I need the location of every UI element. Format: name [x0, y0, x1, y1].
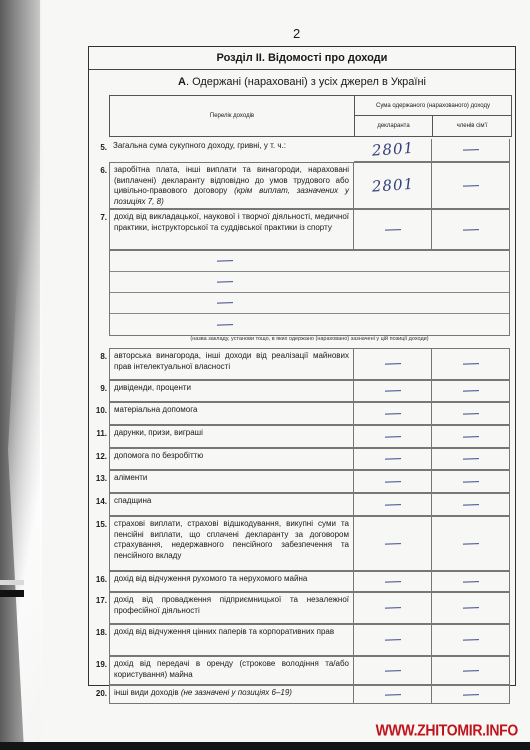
declarant-amount-cell: 2801: [354, 162, 432, 209]
family-amount-cell: [432, 348, 510, 380]
handwritten-amount: 2801: [371, 178, 414, 191]
row-description: дохід від відчуження цінних паперів та к…: [109, 624, 354, 656]
declarant-amount-cell: [354, 516, 432, 571]
row-number: 15.: [91, 520, 107, 531]
row-description: Загальна сума сукупного доходу, гривні, …: [109, 139, 354, 162]
declarant-amount-cell: [354, 493, 432, 516]
handwritten-dash: [462, 458, 478, 460]
family-amount-cell: [432, 516, 510, 571]
handwritten-dash: [217, 324, 233, 326]
table-row: 7.дохід від викладацької, наукової і тво…: [89, 209, 514, 250]
binder-clip: [0, 590, 24, 597]
row-text: інші види доходів: [114, 688, 181, 697]
handwritten-dash: [384, 581, 400, 583]
row-text: допомога по безробіттю: [114, 451, 203, 460]
family-amount-cell: [432, 656, 510, 685]
row-text: дохід від провадження підприємницької та…: [114, 595, 349, 615]
handwritten-dash: [462, 363, 478, 365]
declarant-amount-cell: [354, 380, 432, 402]
handwritten-dash: [384, 607, 400, 609]
row-number: 11.: [91, 429, 107, 440]
handwritten-dash: [462, 481, 478, 483]
header-declarant: декларанта: [355, 116, 433, 136]
declarant-amount-cell: [354, 656, 432, 685]
row-text: дохід від викладацької, наукової і творч…: [114, 212, 349, 232]
institution-line: [110, 272, 509, 293]
subsection-title: А. Одержані (нараховані) з усіх джерел в…: [89, 76, 515, 92]
institution-caption: (назва закладу, установи тощо, в яких од…: [109, 336, 510, 342]
handwritten-dash: [217, 302, 233, 304]
family-amount-cell: [432, 209, 510, 250]
table-row: 19.дохід від передачі в оренду (строкове…: [89, 656, 514, 685]
row-number: 20.: [91, 689, 107, 700]
family-amount-cell: [432, 402, 510, 425]
handwritten-dash: [384, 504, 400, 506]
handwritten-dash: [462, 607, 478, 609]
row-number: 10.: [91, 406, 107, 417]
table-row: 12.допомога по безробіттю: [89, 448, 514, 470]
table-row: 17.дохід від провадження підприємницької…: [89, 592, 514, 624]
declarant-amount-cell: 2801: [354, 139, 432, 162]
table-row: 16.дохід від відчуження рухомого та неру…: [89, 571, 514, 592]
handwritten-dash: [462, 639, 478, 641]
institution-line: [110, 251, 509, 272]
table-row: 11.дарунки, призи, виграші: [89, 425, 514, 448]
bottom-strip: [0, 742, 530, 750]
declarant-amount-cell: [354, 685, 432, 704]
institution-line: [110, 293, 509, 314]
row-text: авторська винагорода, інші доходи від ре…: [114, 351, 349, 371]
subsection-letter: А: [178, 76, 186, 88]
family-amount-cell: [432, 571, 510, 592]
row-text: аліменти: [114, 473, 147, 482]
family-amount-cell: [432, 162, 510, 209]
handwritten-dash: [462, 670, 478, 672]
handwritten-dash: [384, 481, 400, 483]
row-description: дохід від викладацької, наукової і творч…: [109, 209, 354, 250]
row-number: 6.: [91, 166, 107, 177]
row-text: спадщина: [114, 496, 151, 505]
header-income-list: Перелік доходів: [110, 96, 355, 136]
table-row: 10.матеріальна допомога: [89, 402, 514, 425]
handwritten-dash: [384, 670, 400, 672]
row-number: 14.: [91, 497, 107, 508]
row-text: дохід від передачі в оренду (строкове во…: [114, 659, 349, 679]
table-row: 15.страхові виплати, страхові відшкодува…: [89, 516, 514, 571]
family-amount-cell: [432, 448, 510, 470]
row-text: матеріальна допомога: [114, 405, 197, 414]
table-row: 20.інші види доходів (не зазначені у поз…: [89, 685, 514, 704]
handwritten-dash: [384, 694, 400, 696]
institution-lines: [109, 250, 510, 336]
row-number: 13.: [91, 474, 107, 485]
page-number: 2: [293, 26, 300, 41]
handwritten-dash: [462, 149, 478, 151]
handwritten-dash: [384, 363, 400, 365]
handwritten-dash: [462, 581, 478, 583]
declarant-amount-cell: [354, 209, 432, 250]
income-section-frame: Розділ II. Відомості про доходи А. Одерж…: [88, 46, 516, 686]
declarant-amount-cell: [354, 571, 432, 592]
table-row: 8.авторська винагорода, інші доходи від …: [89, 348, 514, 380]
row-description: дохід від провадження підприємницької та…: [109, 592, 354, 624]
row-description: матеріальна допомога: [109, 402, 354, 425]
subsection-text: . Одержані (нараховані) з усіх джерел в …: [186, 76, 426, 88]
row-description: дивіденди, проценти: [109, 380, 354, 402]
row-description: дохід від передачі в оренду (строкове во…: [109, 656, 354, 685]
handwritten-dash: [462, 185, 478, 187]
row-number: 8.: [91, 352, 107, 363]
row-description: інші види доходів (не зазначені у позиці…: [109, 685, 354, 704]
section-title: Розділ II. Відомості про доходи: [89, 47, 515, 70]
institution-line: [110, 314, 509, 335]
table-row: 9.дивіденди, проценти: [89, 380, 514, 402]
row-text: дивіденди, проценти: [114, 383, 191, 392]
handwritten-dash: [384, 229, 400, 231]
row-number: 19.: [91, 660, 107, 671]
handwritten-dash: [384, 458, 400, 460]
handwritten-dash: [462, 694, 478, 696]
declarant-amount-cell: [354, 402, 432, 425]
handwritten-dash: [462, 390, 478, 392]
row-text: дарунки, призи, виграші: [114, 428, 203, 437]
table-row: 6.заробітна плата, інші виплати та винаг…: [89, 162, 514, 209]
handwritten-dash: [462, 229, 478, 231]
handwritten-dash: [462, 413, 478, 415]
row-number: 18.: [91, 628, 107, 639]
row-number: 17.: [91, 596, 107, 607]
declarant-amount-cell: [354, 592, 432, 624]
handwritten-dash: [384, 543, 400, 545]
handwritten-dash: [384, 639, 400, 641]
row-text: Загальна сума сукупного доходу, гривні, …: [113, 141, 286, 150]
table-row: 13.аліменти: [89, 470, 514, 493]
row-description: дарунки, призи, виграші: [109, 425, 354, 448]
handwritten-amount: 2801: [371, 143, 414, 156]
family-amount-cell: [432, 470, 510, 493]
row-text: страхові виплати, страхові відшкодування…: [114, 519, 349, 560]
table-header: Перелік доходів Сума одержаного (нарахов…: [109, 95, 512, 137]
binder-clip-light: [0, 580, 24, 585]
declarant-amount-cell: [354, 348, 432, 380]
header-sum-received: Сума одержаного (нарахованого) доходу: [355, 96, 511, 116]
row-text: дохід від відчуження рухомого та нерухом…: [114, 574, 307, 583]
row-description: допомога по безробіттю: [109, 448, 354, 470]
header-family-members: членів сім'ї: [433, 116, 511, 136]
family-amount-cell: [432, 380, 510, 402]
family-amount-cell: [432, 624, 510, 656]
family-amount-cell: [432, 493, 510, 516]
row-number: 12.: [91, 452, 107, 463]
handwritten-dash: [462, 543, 478, 545]
row-description: авторська винагорода, інші доходи від ре…: [109, 348, 354, 380]
declarant-amount-cell: [354, 624, 432, 656]
handwritten-dash: [384, 436, 400, 438]
handwritten-dash: [462, 436, 478, 438]
declarant-amount-cell: [354, 425, 432, 448]
declarant-amount-cell: [354, 448, 432, 470]
family-amount-cell: [432, 685, 510, 704]
declarant-amount-cell: [354, 470, 432, 493]
family-amount-cell: [432, 592, 510, 624]
handwritten-dash: [217, 260, 233, 262]
row-description: страхові виплати, страхові відшкодування…: [109, 516, 354, 571]
table-row: 18.дохід від відчуження цінних паперів т…: [89, 624, 514, 656]
row-description: аліменти: [109, 470, 354, 493]
row-description: спадщина: [109, 493, 354, 516]
handwritten-dash: [384, 413, 400, 415]
row-note: (не зазначені у позиціях 6–19): [181, 688, 292, 697]
row-number: 7.: [91, 213, 107, 224]
row-number: 16.: [91, 575, 107, 586]
table-row: 14.спадщина: [89, 493, 514, 516]
row-number: 5.: [91, 143, 107, 154]
row-number: 9.: [91, 384, 107, 395]
row-description: заробітна плата, інші виплати та винагор…: [109, 162, 354, 209]
watermark: WWW.ZHITOMIR.INFO: [376, 721, 518, 739]
row-description: дохід від відчуження рухомого та нерухом…: [109, 571, 354, 592]
handwritten-dash: [462, 504, 478, 506]
family-amount-cell: [432, 425, 510, 448]
row-text: дохід від відчуження цінних паперів та к…: [114, 627, 334, 636]
handwritten-dash: [384, 390, 400, 392]
handwritten-dash: [217, 281, 233, 283]
family-amount-cell: [432, 139, 510, 162]
table-row: 5.Загальна сума сукупного доходу, гривні…: [89, 139, 514, 162]
